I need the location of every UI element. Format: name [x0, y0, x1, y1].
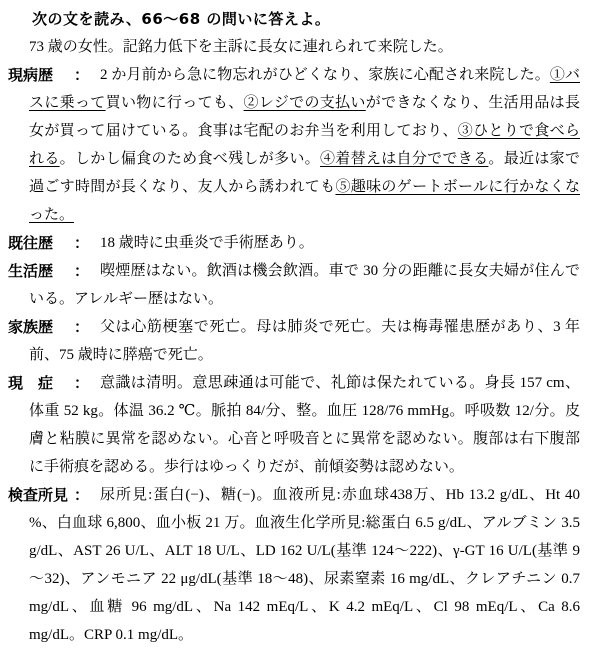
section-label: 現病歴 — [8, 61, 53, 89]
section: 家族歴 ： 父は心筋梗塞で死亡。母は肺炎で死亡。夫は梅毒罹患歴があり、3 年前、… — [8, 313, 580, 369]
text-segment: 買い物に行っても、 — [106, 95, 244, 111]
section-colon: ： — [74, 313, 89, 341]
section-body: 尿所見:蛋白(−)、糖(−)。血液所見:赤血球438万、Hb 13.2 g/dL… — [29, 487, 580, 643]
text-segment: 2 か月前から急に物忘れがひどくなり、家族に心配され来院した。 — [100, 67, 550, 83]
underlined-phrase: ④着替えは自分でできる — [320, 151, 488, 167]
section: 現病歴 ： 2 か月前から急に物忘れがひどくなり、家族に心配され来院した。①バス… — [8, 61, 580, 229]
text-segment: 。しかし偏食のため食べ残しが多い。 — [60, 151, 320, 167]
section-colon: ： — [74, 369, 89, 397]
instruction-title: 次の文を読み、66～68 の問いに答えよ。 — [32, 5, 580, 33]
section-label: 検査所見 — [8, 481, 68, 509]
section: 検査所見 ： 尿所見:蛋白(−)、糖(−)。血液所見:赤血球438万、Hb 13… — [8, 481, 580, 649]
text-segment: 父は心筋梗塞で死亡。母は肺炎で死亡。夫は梅毒罹患歴があり、3 年前、75 歳時に… — [29, 319, 580, 363]
section-body: 2 か月前から急に物忘れがひどくなり、家族に心配され来院した。①バスに乗って買い… — [29, 67, 580, 223]
section-body: 父は心筋梗塞で死亡。母は肺炎で死亡。夫は梅毒罹患歴があり、3 年前、75 歳時に… — [29, 319, 580, 363]
section-body: 18 歳時に虫垂炎で手術歴あり。 — [100, 235, 314, 251]
section-colon: ： — [74, 257, 89, 285]
case-intro: 73 歳の女性。記銘力低下を主訴に長女に連れられて来院した。 — [29, 33, 580, 61]
section: 既往歴 ： 18 歳時に虫垂炎で手術歴あり。 — [8, 229, 580, 257]
section-label: 家族歴 — [8, 313, 53, 341]
section-label: 既往歴 — [8, 229, 53, 257]
section: 現 症 ： 意識は清明。意思疎通は可能で、礼節は保たれている。身長 157 cm… — [8, 369, 580, 481]
text-segment: 喫煙歴はない。飲酒は機会飲酒。車で 30 分の距離に長女夫婦が住んでいる。アレル… — [29, 263, 580, 307]
section-colon: ： — [74, 481, 89, 509]
section: 生活歴 ： 喫煙歴はない。飲酒は機会飲酒。車で 30 分の距離に長女夫婦が住んで… — [8, 257, 580, 313]
section-label: 現 症 — [8, 369, 53, 397]
underlined-phrase: ②レジでの支払い — [244, 95, 366, 111]
case-sections: 現病歴 ： 2 か月前から急に物忘れがひどくなり、家族に心配され来院した。①バス… — [8, 61, 580, 649]
section-colon: ： — [74, 61, 89, 89]
section-label: 生活歴 — [8, 257, 53, 285]
section-body: 意識は清明。意思疎通は可能で、礼節は保たれている。身長 157 cm、体重 52… — [29, 375, 580, 475]
document-page: 次の文を読み、66～68 の問いに答えよ。 73 歳の女性。記銘力低下を主訴に長… — [0, 0, 589, 649]
section-body: 喫煙歴はない。飲酒は機会飲酒。車で 30 分の距離に長女夫婦が住んでいる。アレル… — [29, 263, 580, 307]
text-segment: 18 歳時に虫垂炎で手術歴あり。 — [100, 235, 314, 251]
section-colon: ： — [74, 229, 89, 257]
text-segment: 尿所見:蛋白(−)、糖(−)。血液所見:赤血球438万、Hb 13.2 g/dL… — [29, 487, 580, 643]
text-segment: 意識は清明。意思疎通は可能で、礼節は保たれている。身長 157 cm、体重 52… — [29, 375, 580, 475]
